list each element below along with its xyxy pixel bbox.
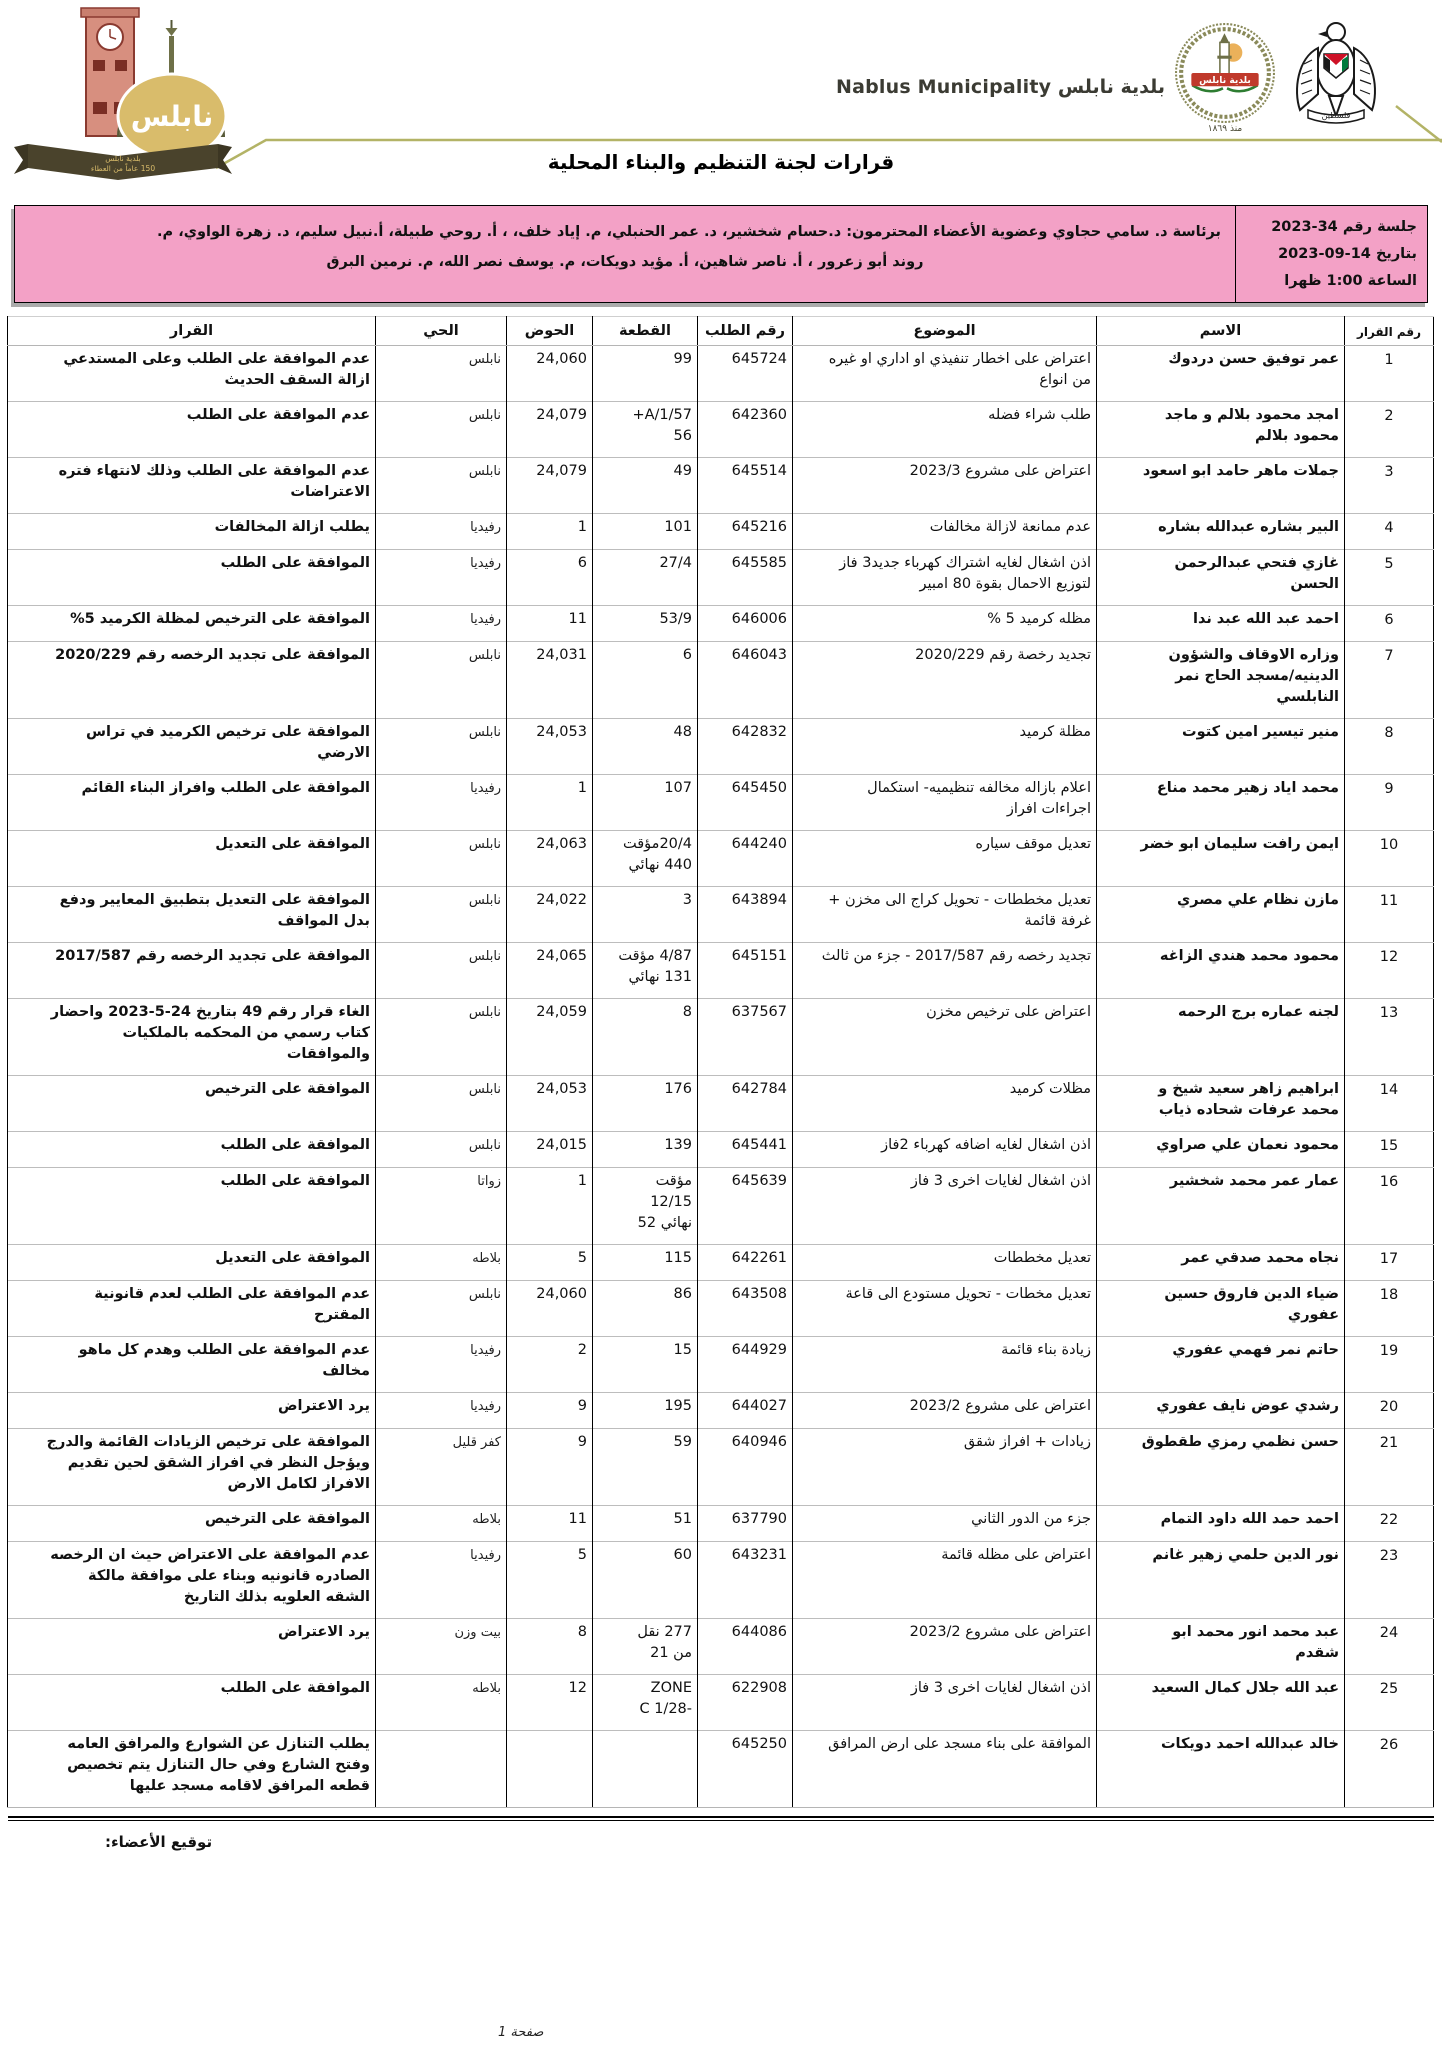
col-header-name: الاسم (1097, 317, 1345, 346)
logo-nablus-script: نابلس (131, 100, 214, 133)
cell-decision: يطلب التنازل عن الشوارع والمرافق العامه … (8, 1731, 376, 1808)
cell-district: نابلس (376, 999, 507, 1076)
cell-subject: زيادة بناء قائمة (793, 1337, 1097, 1393)
table-row: 7 وزاره الاوقاف والشؤون الدينيه/مسجد الح… (8, 642, 1434, 719)
cell-parcel: 101 (593, 514, 698, 550)
cell-district: كفر قليل (376, 1429, 507, 1506)
cell-decision: عدم الموافقة على الطلب (8, 402, 376, 458)
cell-name: احمد حمد الله داود التمام (1097, 1506, 1345, 1542)
cell-request-no: 644086 (698, 1619, 793, 1675)
cell-basin: 6 (507, 550, 593, 606)
cell-subject: اعتراض على مشروع 2023/2 (793, 1393, 1097, 1429)
cell-decision: عدم الموافقة على الطلب وعلى المستدعي ازا… (8, 346, 376, 402)
signature-divider-line (8, 1816, 1434, 1821)
cell-district: رفيديا (376, 550, 507, 606)
signature-area: توقيع الأعضاء: (0, 1833, 1442, 1851)
cell-name: احمد عبد الله عبد ندا (1097, 606, 1345, 642)
col-header-decision: القرار (8, 317, 376, 346)
page-title: قرارات لجنة التنظيم والبناء المحلية (0, 150, 1442, 174)
cell-decision-no: 7 (1345, 642, 1434, 719)
cell-basin: 24,060 (507, 1281, 593, 1337)
cell-basin: 9 (507, 1393, 593, 1429)
cell-subject: تعديل موقف سياره (793, 831, 1097, 887)
cell-decision-no: 15 (1345, 1132, 1434, 1168)
cell-decision: الغاء قرار رقم 49 بتاريخ 24-5-2023 واحضا… (8, 999, 376, 1076)
cell-name: حاتم نمر فهمي عفوري (1097, 1337, 1345, 1393)
cell-basin: 24,031 (507, 642, 593, 719)
col-header-parcel: القطعة (593, 317, 698, 346)
cell-district: نابلس (376, 719, 507, 775)
table-row: 16 عمار عمر محمد شخشير اذن اشغال لغايات … (8, 1168, 1434, 1245)
table-row: 18 ضياء الدين فاروق حسين عفوري تعديل مخط… (8, 1281, 1434, 1337)
cell-name: نجاه محمد صدقي عمر (1097, 1245, 1345, 1281)
cell-subject: اذن اشغال لغايه اشتراك كهرباء جديد3 فاز … (793, 550, 1097, 606)
cell-request-no: 622908 (698, 1675, 793, 1731)
cell-decision-no: 1 (1345, 346, 1434, 402)
cell-basin: 24,065 (507, 943, 593, 999)
col-header-district: الحي (376, 317, 507, 346)
cell-name: خالد عبدالله احمد دويكات (1097, 1731, 1345, 1808)
cell-decision: يطلب ازالة المخالفات (8, 514, 376, 550)
table-row: 10 ايمن رافت سليمان ابو خضر تعديل موقف س… (8, 831, 1434, 887)
table-row: 26 خالد عبدالله احمد دويكات الموافقة على… (8, 1731, 1434, 1808)
cell-parcel: 195 (593, 1393, 698, 1429)
table-row: 2 امجد محمود بلالم و ماجد محمود بلالم طل… (8, 402, 1434, 458)
table-row: 5 غازي فتحي عبدالرحمن الحسن اذن اشغال لغ… (8, 550, 1434, 606)
cell-subject: مظلة كرميد (793, 719, 1097, 775)
cell-decision: الموافقة على الطلب (8, 1168, 376, 1245)
cell-name: عمار عمر محمد شخشير (1097, 1168, 1345, 1245)
cell-request-no: 644027 (698, 1393, 793, 1429)
session-attendees: برئاسة د. سامي حجاوي وعضوية الأعضاء المح… (15, 206, 1235, 302)
cell-name: ابراهيم زاهر سعيد شيخ و محمد عرفات شحاده… (1097, 1076, 1345, 1132)
cell-subject: تعديل مخطات - تحويل مستودع الى قاعة (793, 1281, 1097, 1337)
cell-decision: الموافقة على التعديل بتطبيق المعايير ودف… (8, 887, 376, 943)
cell-name: البير بشاره عبدالله بشاره (1097, 514, 1345, 550)
table-row: 8 منير تيسير امين كتوت مظلة كرميد 642832… (8, 719, 1434, 775)
cell-decision-no: 4 (1345, 514, 1434, 550)
table-row: 17 نجاه محمد صدقي عمر تعديل مخططات 64226… (8, 1245, 1434, 1281)
cell-basin: 2 (507, 1337, 593, 1393)
cell-request-no: 646043 (698, 642, 793, 719)
logo-150-number: 15 (14, 53, 18, 160)
cell-district: رفيديا (376, 1337, 507, 1393)
cell-basin: 1 (507, 514, 593, 550)
cell-parcel: 15 (593, 1337, 698, 1393)
table-row: 25 عبد الله جلال كمال السعيد اذن اشغال ل… (8, 1675, 1434, 1731)
cell-decision: الموافقة على الترخيص (8, 1076, 376, 1132)
cell-subject: تجديد رخصة رقم 2020/229 (793, 642, 1097, 719)
document-page: 15 نابلس بلدية نابلس 150 عاماً من العطاء… (0, 0, 1442, 2048)
cell-parcel: 59 (593, 1429, 698, 1506)
cell-decision-no: 2 (1345, 402, 1434, 458)
cell-subject: تجديد رخصه رقم 2017/587 - جزء من ثالث (793, 943, 1097, 999)
table-row: 22 احمد حمد الله داود التمام جزء من الدو… (8, 1506, 1434, 1542)
cell-district: زواتا (376, 1168, 507, 1245)
cell-basin: 24,053 (507, 1076, 593, 1132)
cell-parcel: 4/87 مؤقت 131 نهائي (593, 943, 698, 999)
table-row: 9 محمد اياد زهير محمد مناع اعلام بازاله … (8, 775, 1434, 831)
table-row: 12 محمود محمد هندي الزاغه تجديد رخصه رقم… (8, 943, 1434, 999)
cell-name: ضياء الدين فاروق حسين عفوري (1097, 1281, 1345, 1337)
cell-decision: الموافقة على الطلب (8, 1675, 376, 1731)
cell-basin: 1 (507, 775, 593, 831)
cell-name: رشدي عوض نايف عفوري (1097, 1393, 1345, 1429)
cell-name: محمود نعمان علي صراوي (1097, 1132, 1345, 1168)
cell-parcel: A/1/57+ 56 (593, 402, 698, 458)
cell-subject: اعتراض على مشروع 2023/2 (793, 1619, 1097, 1675)
cell-district: بلاطه (376, 1245, 507, 1281)
cell-parcel: 86 (593, 1281, 698, 1337)
cell-name: عبد الله جلال كمال السعيد (1097, 1675, 1345, 1731)
cell-decision-no: 13 (1345, 999, 1434, 1076)
cell-parcel: 48 (593, 719, 698, 775)
cell-decision: الموافقة على ترخيص الزيادات القائمة والد… (8, 1429, 376, 1506)
cell-basin: 24,015 (507, 1132, 593, 1168)
cell-request-no: 645585 (698, 550, 793, 606)
table-row: 6 احمد عبد الله عبد ندا مظله كرميد 5 % 6… (8, 606, 1434, 642)
cell-request-no: 643508 (698, 1281, 793, 1337)
cell-subject: مظلات كرميد (793, 1076, 1097, 1132)
cell-subject: زيادات + افراز شقق (793, 1429, 1097, 1506)
col-header-subject: الموضوع (793, 317, 1097, 346)
cell-district: بيت وزن (376, 1619, 507, 1675)
palestine-emblem-icon: فلسطين (1288, 16, 1384, 126)
table-row: 14 ابراهيم زاهر سعيد شيخ و محمد عرفات شح… (8, 1076, 1434, 1132)
cell-decision: الموافقة على تجديد الرخصه رقم 2020/229 (8, 642, 376, 719)
cell-request-no: 645514 (698, 458, 793, 514)
cell-subject: تعديل مخططات - تحويل كراج الى مخزن + غرف… (793, 887, 1097, 943)
cell-decision-no: 3 (1345, 458, 1434, 514)
cell-decision: الموافقة على التعديل (8, 1245, 376, 1281)
cell-decision-no: 24 (1345, 1619, 1434, 1675)
cell-request-no: 643894 (698, 887, 793, 943)
municipality-seal-icon: بلدية نابلس (1174, 22, 1276, 124)
cell-district: نابلس (376, 887, 507, 943)
cell-decision-no: 12 (1345, 943, 1434, 999)
cell-decision-no: 23 (1345, 1542, 1434, 1619)
cell-decision: الموافقة على تجديد الرخصه رقم 2017/587 (8, 943, 376, 999)
cell-parcel: 6 (593, 642, 698, 719)
cell-decision: يرد الاعتراض (8, 1393, 376, 1429)
cell-district: نابلس (376, 346, 507, 402)
cell-subject: الموافقة على بناء مسجد على ارض المرافق (793, 1731, 1097, 1808)
document-header: 15 نابلس بلدية نابلس 150 عاماً من العطاء… (0, 0, 1442, 316)
session-date: بتاريخ 14-09-2023 (1246, 241, 1417, 268)
cell-name: عبد محمد انور محمد ابو شقدم (1097, 1619, 1345, 1675)
cell-district: نابلس (376, 1281, 507, 1337)
cell-request-no: 642261 (698, 1245, 793, 1281)
cell-decision-no: 6 (1345, 606, 1434, 642)
cell-name: منير تيسير امين كتوت (1097, 719, 1345, 775)
cell-decision: عدم الموافقة على الطلب وذلك لانتهاء فتره… (8, 458, 376, 514)
cell-request-no: 642360 (698, 402, 793, 458)
cell-parcel: 139 (593, 1132, 698, 1168)
cell-district: نابلس (376, 831, 507, 887)
cell-subject: طلب شراء فضله (793, 402, 1097, 458)
cell-decision: الموافقة على الطلب وافراز البناء القائم (8, 775, 376, 831)
cell-basin: 5 (507, 1542, 593, 1619)
cell-district: رفيديا (376, 1542, 507, 1619)
signature-label: توقيع الأعضاء: (105, 1833, 212, 1851)
cell-basin: 9 (507, 1429, 593, 1506)
cell-basin: 24,079 (507, 458, 593, 514)
table-row: 3 جملات ماهر حامد ابو اسعود اعتراض على م… (8, 458, 1434, 514)
cell-request-no: 645151 (698, 943, 793, 999)
cell-subject: مظله كرميد 5 % (793, 606, 1097, 642)
cell-basin: 11 (507, 606, 593, 642)
cell-subject: اعلام بازاله مخالفه تنظيميه- استكمال اجر… (793, 775, 1097, 831)
cell-request-no: 643231 (698, 1542, 793, 1619)
cell-name: لجنه عماره برج الرحمه (1097, 999, 1345, 1076)
session-time: الساعة 1:00 ظهرا (1246, 268, 1417, 295)
attendees-line1: برئاسة د. سامي حجاوي وعضوية الأعضاء المح… (29, 218, 1221, 248)
cell-basin: 24,022 (507, 887, 593, 943)
cell-name: محمود محمد هندي الزاغه (1097, 943, 1345, 999)
cell-subject: اعتراض على مظله قائمة (793, 1542, 1097, 1619)
cell-basin: 11 (507, 1506, 593, 1542)
page-number: صفحة 1 (498, 2025, 543, 2040)
cell-request-no: 645216 (698, 514, 793, 550)
cell-decision-no: 14 (1345, 1076, 1434, 1132)
cell-decision: الموافقة على الترخيص (8, 1506, 376, 1542)
cell-decision-no: 9 (1345, 775, 1434, 831)
municipality-brand-text: بلدية نابلس Nablus Municipality (836, 76, 1165, 98)
cell-basin: 24,053 (507, 719, 593, 775)
cell-basin: 8 (507, 1619, 593, 1675)
cell-request-no: 645639 (698, 1168, 793, 1245)
cell-decision-no: 21 (1345, 1429, 1434, 1506)
table-row: 13 لجنه عماره برج الرحمه اعتراض على ترخي… (8, 999, 1434, 1076)
cell-name: غازي فتحي عبدالرحمن الحسن (1097, 550, 1345, 606)
table-row: 24 عبد محمد انور محمد ابو شقدم اعتراض عل… (8, 1619, 1434, 1675)
cell-district (376, 1731, 507, 1808)
cell-name: امجد محمود بلالم و ماجد محمود بلالم (1097, 402, 1345, 458)
cell-request-no: 640946 (698, 1429, 793, 1506)
cell-parcel: 27/4 (593, 550, 698, 606)
cell-subject: تعديل مخططات (793, 1245, 1097, 1281)
cell-parcel (593, 1731, 698, 1808)
cell-name: محمد اياد زهير محمد مناع (1097, 775, 1345, 831)
cell-request-no: 645250 (698, 1731, 793, 1808)
attendees-line2: روند أبو زعرور ، أ. ناصر شاهين، أ. مؤيد … (29, 248, 1221, 278)
cell-name: نور الدين حلمي زهير غانم (1097, 1542, 1345, 1619)
cell-decision-no: 26 (1345, 1731, 1434, 1808)
cell-decision-no: 10 (1345, 831, 1434, 887)
cell-name: مازن نظام علي مصري (1097, 887, 1345, 943)
cell-request-no: 645724 (698, 346, 793, 402)
cell-parcel: مؤقت 12/15 نهائي 52 (593, 1168, 698, 1245)
cell-parcel: 51 (593, 1506, 698, 1542)
cell-decision: عدم الموافقة على الاعتراض حيث ان الرخصه … (8, 1542, 376, 1619)
cell-basin: 1 (507, 1168, 593, 1245)
cell-decision: الموافقة على الترخيص لمظلة الكرميد 5% (8, 606, 376, 642)
decisions-tbody: 1 عمر توفيق حسن دردوك اعتراض على اخطار ت… (8, 346, 1434, 1808)
cell-request-no: 646006 (698, 606, 793, 642)
cell-parcel: 176 (593, 1076, 698, 1132)
cell-district: نابلس (376, 642, 507, 719)
table-row: 23 نور الدين حلمي زهير غانم اعتراض على م… (8, 1542, 1434, 1619)
cell-request-no: 645441 (698, 1132, 793, 1168)
cell-parcel: 99 (593, 346, 698, 402)
cell-request-no: 644929 (698, 1337, 793, 1393)
cell-parcel: 115 (593, 1245, 698, 1281)
session-number: جلسة رقم 34-2023 (1246, 214, 1417, 241)
cell-subject: اعتراض على اخطار تنفيذي او اداري او غيره… (793, 346, 1097, 402)
cell-parcel: 53/9 (593, 606, 698, 642)
cell-decision-no: 16 (1345, 1168, 1434, 1245)
cell-parcel: ZONE -C 1/28 (593, 1675, 698, 1731)
cell-request-no: 637567 (698, 999, 793, 1076)
cell-decision: الموافقة على الطلب (8, 1132, 376, 1168)
cell-basin: 24,059 (507, 999, 593, 1076)
table-row: 20 رشدي عوض نايف عفوري اعتراض على مشروع … (8, 1393, 1434, 1429)
cell-subject: اعتراض على مشروع 2023/3 (793, 458, 1097, 514)
cell-decision-no: 22 (1345, 1506, 1434, 1542)
cell-name: حسن نظمي رمزي طقطوق (1097, 1429, 1345, 1506)
cell-request-no: 645450 (698, 775, 793, 831)
cell-parcel: 20/4مؤقت 440 نهائي (593, 831, 698, 887)
cell-parcel: 277 نقل من 21 (593, 1619, 698, 1675)
cell-name: عمر توفيق حسن دردوك (1097, 346, 1345, 402)
cell-decision-no: 18 (1345, 1281, 1434, 1337)
cell-decision-no: 25 (1345, 1675, 1434, 1731)
cell-subject: جزء من الدور الثاني (793, 1506, 1097, 1542)
cell-name: وزاره الاوقاف والشؤون الدينيه/مسجد الحاج… (1097, 642, 1345, 719)
table-row: 19 حاتم نمر فهمي عفوري زيادة بناء قائمة … (8, 1337, 1434, 1393)
cell-district: نابلس (376, 943, 507, 999)
session-info-box: جلسة رقم 34-2023 بتاريخ 14-09-2023 الساع… (14, 205, 1428, 303)
seal-since-text: منذ ١٨٦٩ (1174, 124, 1276, 134)
table-row: 1 عمر توفيق حسن دردوك اعتراض على اخطار ت… (8, 346, 1434, 402)
table-row: 15 محمود نعمان علي صراوي اذن اشغال لغايه… (8, 1132, 1434, 1168)
table-row: 4 البير بشاره عبدالله بشاره عدم ممانعة ل… (8, 514, 1434, 550)
cell-district: رفيديا (376, 1393, 507, 1429)
cell-name: جملات ماهر حامد ابو اسعود (1097, 458, 1345, 514)
cell-subject: عدم ممانعة لازالة مخالفات (793, 514, 1097, 550)
cell-basin: 24,063 (507, 831, 593, 887)
cell-decision: الموافقة على ترخيص الكرميد في تراس الارض… (8, 719, 376, 775)
cell-decision-no: 8 (1345, 719, 1434, 775)
cell-request-no: 637790 (698, 1506, 793, 1542)
cell-subject: اذن اشغال لغايات اخرى 3 فاز (793, 1675, 1097, 1731)
session-meta: جلسة رقم 34-2023 بتاريخ 14-09-2023 الساع… (1235, 206, 1427, 302)
cell-decision-no: 19 (1345, 1337, 1434, 1393)
cell-decision: الموافقة على الطلب (8, 550, 376, 606)
col-header-decision-no: رقم القرار (1345, 317, 1434, 346)
cell-basin: 12 (507, 1675, 593, 1731)
cell-decision: عدم الموافقة على الطلب وهدم كل ماهو مخال… (8, 1337, 376, 1393)
cell-subject: اذن اشغال لغايه اضافه كهرباء 2فاز (793, 1132, 1097, 1168)
cell-basin: 24,079 (507, 402, 593, 458)
table-header-row: رقم القرار الاسم الموضوع رقم الطلب القطع… (8, 317, 1434, 346)
cell-district: رفيديا (376, 606, 507, 642)
cell-request-no: 642784 (698, 1076, 793, 1132)
table-row: 11 مازن نظام علي مصري تعديل مخططات - تحو… (8, 887, 1434, 943)
cell-decision: يرد الاعتراض (8, 1619, 376, 1675)
cell-decision: عدم الموافقة على الطلب لعدم قانونية المق… (8, 1281, 376, 1337)
cell-request-no: 642832 (698, 719, 793, 775)
svg-text:بلدية نابلس: بلدية نابلس (1199, 75, 1251, 86)
table-row: 21 حسن نظمي رمزي طقطوق زيادات + افراز شق… (8, 1429, 1434, 1506)
cell-parcel: 60 (593, 1542, 698, 1619)
emblem-caption: فلسطين (1322, 111, 1351, 120)
cell-parcel: 8 (593, 999, 698, 1076)
cell-decision-no: 5 (1345, 550, 1434, 606)
cell-district: بلاطه (376, 1506, 507, 1542)
cell-district: رفيديا (376, 514, 507, 550)
decisions-table: رقم القرار الاسم الموضوع رقم الطلب القطع… (7, 316, 1434, 1808)
cell-district: نابلس (376, 1076, 507, 1132)
cell-parcel: 3 (593, 887, 698, 943)
col-header-request-no: رقم الطلب (698, 317, 793, 346)
cell-parcel: 49 (593, 458, 698, 514)
cell-basin: 24,060 (507, 346, 593, 402)
cell-basin (507, 1731, 593, 1808)
cell-name: ايمن رافت سليمان ابو خضر (1097, 831, 1345, 887)
cell-decision-no: 20 (1345, 1393, 1434, 1429)
col-header-basin: الحوض (507, 317, 593, 346)
cell-district: نابلس (376, 1132, 507, 1168)
cell-decision-no: 11 (1345, 887, 1434, 943)
cell-decision: الموافقة على التعديل (8, 831, 376, 887)
cell-district: بلاطه (376, 1675, 507, 1731)
cell-district: رفيديا (376, 775, 507, 831)
cell-subject: اعتراض على ترخيص مخزن (793, 999, 1097, 1076)
cell-district: نابلس (376, 402, 507, 458)
cell-parcel: 107 (593, 775, 698, 831)
cell-subject: اذن اشغال لغايات اخرى 3 فاز (793, 1168, 1097, 1245)
cell-district: نابلس (376, 458, 507, 514)
cell-request-no: 644240 (698, 831, 793, 887)
cell-decision-no: 17 (1345, 1245, 1434, 1281)
cell-basin: 5 (507, 1245, 593, 1281)
